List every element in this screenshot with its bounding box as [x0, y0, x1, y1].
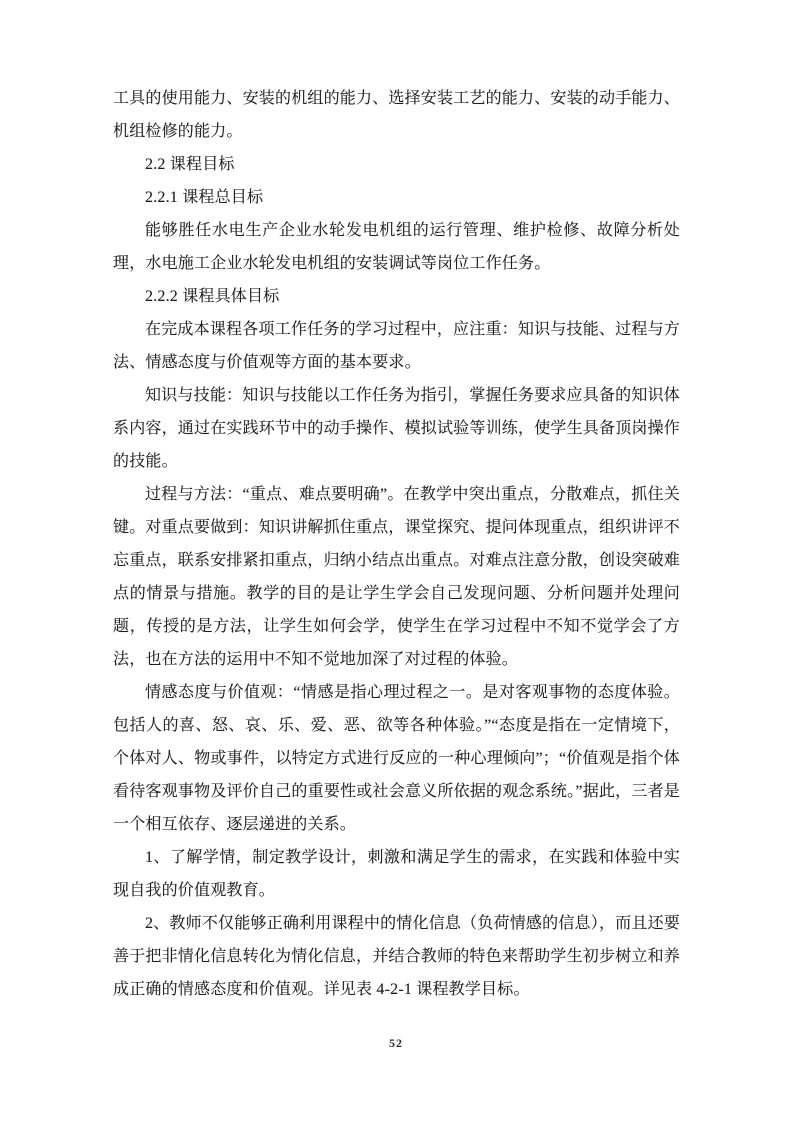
paragraph-affect-values: 情感态度与价值观：“情感是指心理过程之一。是对客观事物的态度体验。包括人的喜、怒… — [113, 676, 680, 841]
document-page: 工具的使用能力、安装的机组的能力、选择安装工艺的能力、安装的动手能力、机组检修的… — [0, 0, 792, 1122]
paragraph-continuation: 工具的使用能力、安装的机组的能力、选择安装工艺的能力、安装的动手能力、机组检修的… — [113, 82, 680, 148]
page-number: 52 — [0, 1036, 792, 1051]
paragraph-item-1: 1、了解学情，制定教学设计，刺激和满足学生的需求，在实践和体验中实现自我的价值观… — [113, 841, 680, 907]
paragraph-knowledge-skills: 知识与技能：知识与技能以工作任务为指引，掌握任务要求应具备的知识体系内容，通过在… — [113, 379, 680, 478]
section-heading-2-2-2: 2.2.2 课程具体目标 — [113, 280, 680, 313]
section-heading-2-2: 2.2 课程目标 — [113, 148, 680, 181]
paragraph-item-2: 2、教师不仅能够正确利用课程中的情化信息（负荷情感的信息），而且还要善于把非情化… — [113, 907, 680, 1006]
section-heading-2-2-1: 2.2.1 课程总目标 — [113, 181, 680, 214]
paragraph-process-method: 过程与方法：“重点、难点要明确”。在教学中突出重点，分散难点，抓住关键。对重点要… — [113, 478, 680, 676]
document-text-block: 工具的使用能力、安装的机组的能力、选择安装工艺的能力、安装的动手能力、机组检修的… — [113, 82, 680, 1006]
paragraph-specific-goal-intro: 在完成本课程各项工作任务的学习过程中，应注重：知识与技能、过程与方法、情感态度与… — [113, 313, 680, 379]
paragraph-overall-goal: 能够胜任水电生产企业水轮发电机组的运行管理、维护检修、故障分析处理，水电施工企业… — [113, 214, 680, 280]
